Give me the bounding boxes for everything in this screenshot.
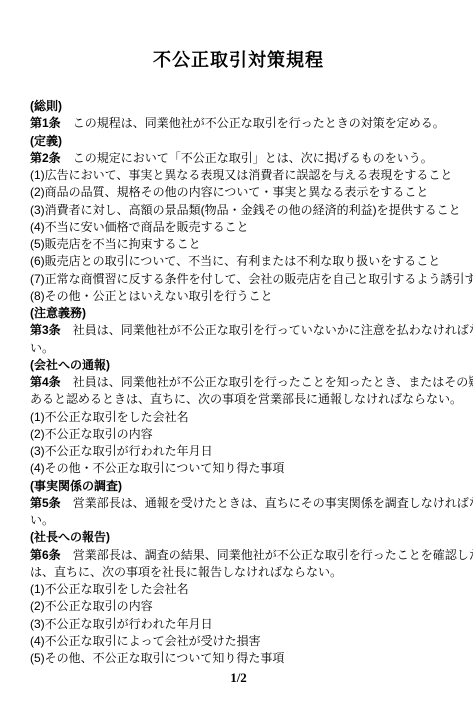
- document-line: (5)販売店を不当に拘束すること: [30, 236, 447, 253]
- line-text: (総則): [30, 99, 62, 113]
- line-text: (8)その他・公正とはいえない取引を行うこと: [30, 289, 273, 303]
- line-text: (定義): [30, 134, 62, 148]
- line-text: 社員は、同業他社が不公正な取引を行ったことを知ったとき、またはその疑惑が: [73, 375, 473, 389]
- document-line: (2)不公正な取引の内容: [30, 598, 447, 615]
- section-heading: (総則): [30, 98, 447, 115]
- section-heading: (事実関係の調査): [30, 478, 447, 495]
- line-text: (2)商品の品質、規格その他の内容について・事実と異なる表示をすること: [30, 185, 428, 199]
- document-line: (2)商品の品質、規格その他の内容について・事実と異なる表示をすること: [30, 184, 447, 201]
- document-line: (4)不当に安い価格で商品を販売すること: [30, 219, 447, 236]
- line-text: (5)販売店を不当に拘束すること: [30, 237, 201, 251]
- line-text: (3)消費者に対し、高額の景品類(物品・金銭その他の経済的利益)を提供すること: [30, 203, 461, 217]
- line-text: 営業部長は、調査の結果、同業他社が不公正な取引を行ったことを確認したとき: [73, 548, 473, 562]
- document-line: 第1条この規程は、同業他社が不公正な取引を行ったときの対策を定める。: [30, 115, 447, 132]
- document-line: (2)不公正な取引の内容: [30, 426, 447, 443]
- line-text: (2)不公正な取引の内容: [30, 427, 153, 441]
- line-text: (会社への通報): [30, 358, 110, 372]
- document-line: い。: [30, 512, 447, 529]
- article-number: 第3条: [30, 323, 61, 337]
- line-text: (4)その他・不公正な取引について知り得た事項: [30, 461, 284, 475]
- article-number: 第4条: [30, 375, 61, 389]
- document-line: (6)販売店との取引について、不当に、有利または不利な取り扱いをすること: [30, 253, 447, 270]
- document-body: (総則)第1条この規程は、同業他社が不公正な取引を行ったときの対策を定める。(定…: [30, 98, 447, 667]
- document-line: 第6条営業部長は、調査の結果、同業他社が不公正な取引を行ったことを確認したとき: [30, 547, 447, 564]
- line-text: 社員は、同業他社が不公正な取引を行っていないかに注意を払わなければならな: [73, 323, 473, 337]
- line-text: (4)不当に安い価格で商品を販売すること: [30, 220, 249, 234]
- document-line: (1)広告において、事実と異なる表現又は消費者に誤認を与える表現をすること: [30, 167, 447, 184]
- line-text: (注意義務): [30, 306, 86, 320]
- line-text: (7)正常な商慣習に反する条件を付して、会社の販売店を自己と取引するよう誘引する…: [30, 272, 473, 286]
- document-line: (3)消費者に対し、高額の景品類(物品・金銭その他の経済的利益)を提供すること: [30, 202, 447, 219]
- line-text: (2)不公正な取引の内容: [30, 599, 153, 613]
- document-line: 第3条社員は、同業他社が不公正な取引を行っていないかに注意を払わなければならな: [30, 322, 447, 339]
- line-text: (3)不公正な取引が行われた年月日: [30, 444, 213, 458]
- document-line: (7)正常な商慣習に反する条件を付して、会社の販売店を自己と取引するよう誘引する…: [30, 271, 447, 288]
- page-number: 1/2: [30, 670, 447, 686]
- document-line: (3)不公正な取引が行われた年月日: [30, 443, 447, 460]
- document-line: 第4条社員は、同業他社が不公正な取引を行ったことを知ったとき、またはその疑惑が: [30, 374, 447, 391]
- article-number: 第6条: [30, 548, 61, 562]
- line-text: (社長への報告): [30, 530, 110, 544]
- line-text: (6)販売店との取引について、不当に、有利または不利な取り扱いをすること: [30, 254, 440, 268]
- document-line: (3)不公正な取引が行われた年月日: [30, 616, 447, 633]
- section-heading: (注意義務): [30, 305, 447, 322]
- document-line: (8)その他・公正とはいえない取引を行うこと: [30, 288, 447, 305]
- line-text: (1)不公正な取引をした会社名: [30, 410, 189, 424]
- line-text: (1)不公正な取引をした会社名: [30, 582, 189, 596]
- document-line: 第2条この規定において「不公正な取引」とは、次に掲げるものをいう。: [30, 150, 447, 167]
- document-line: (5)その他、不公正な取引について知り得た事項: [30, 650, 447, 667]
- line-text: この規定において「不公正な取引」とは、次に掲げるものをいう。: [73, 151, 433, 165]
- line-text: (4)不公正な取引によって会社が受けた損害: [30, 634, 261, 648]
- section-heading: (会社への通報): [30, 357, 447, 374]
- line-text: 営業部長は、通報を受けたときは、直ちにその事実関係を調査しなければならな: [73, 496, 473, 510]
- article-number: 第2条: [30, 151, 61, 165]
- document-page: 不公正取引対策規程 (総則)第1条この規程は、同業他社が不公正な取引を行ったとき…: [0, 0, 473, 710]
- document-line: (4)その他・不公正な取引について知り得た事項: [30, 460, 447, 477]
- line-text: この規程は、同業他社が不公正な取引を行ったときの対策を定める。: [73, 116, 445, 130]
- document-title: 不公正取引対策規程: [30, 50, 447, 70]
- document-line: (1)不公正な取引をした会社名: [30, 581, 447, 598]
- document-line: い。: [30, 340, 447, 357]
- line-text: い。: [30, 341, 54, 355]
- line-text: (3)不公正な取引が行われた年月日: [30, 617, 213, 631]
- section-heading: (定義): [30, 133, 447, 150]
- article-number: 第1条: [30, 116, 61, 130]
- document-line: あると認めるときは、直ちに、次の事項を営業部長に通報しなければならない。: [30, 391, 447, 408]
- line-text: (事実関係の調査): [30, 479, 122, 493]
- document-line: (4)不公正な取引によって会社が受けた損害: [30, 633, 447, 650]
- document-line: (1)不公正な取引をした会社名: [30, 409, 447, 426]
- section-heading: (社長への報告): [30, 529, 447, 546]
- article-number: 第5条: [30, 496, 61, 510]
- line-text: あると認めるときは、直ちに、次の事項を営業部長に通報しなければならない。: [30, 392, 462, 406]
- line-text: (1)広告において、事実と異なる表現又は消費者に誤認を与える表現をすること: [30, 168, 452, 182]
- line-text: い。: [30, 513, 54, 527]
- line-text: (5)その他、不公正な取引について知り得た事項: [30, 651, 284, 665]
- document-line: は、直ちに、次の事項を社長に報告しなければならない。: [30, 564, 447, 581]
- document-line: 第5条営業部長は、通報を受けたときは、直ちにその事実関係を調査しなければならな: [30, 495, 447, 512]
- line-text: は、直ちに、次の事項を社長に報告しなければならない。: [30, 565, 342, 579]
